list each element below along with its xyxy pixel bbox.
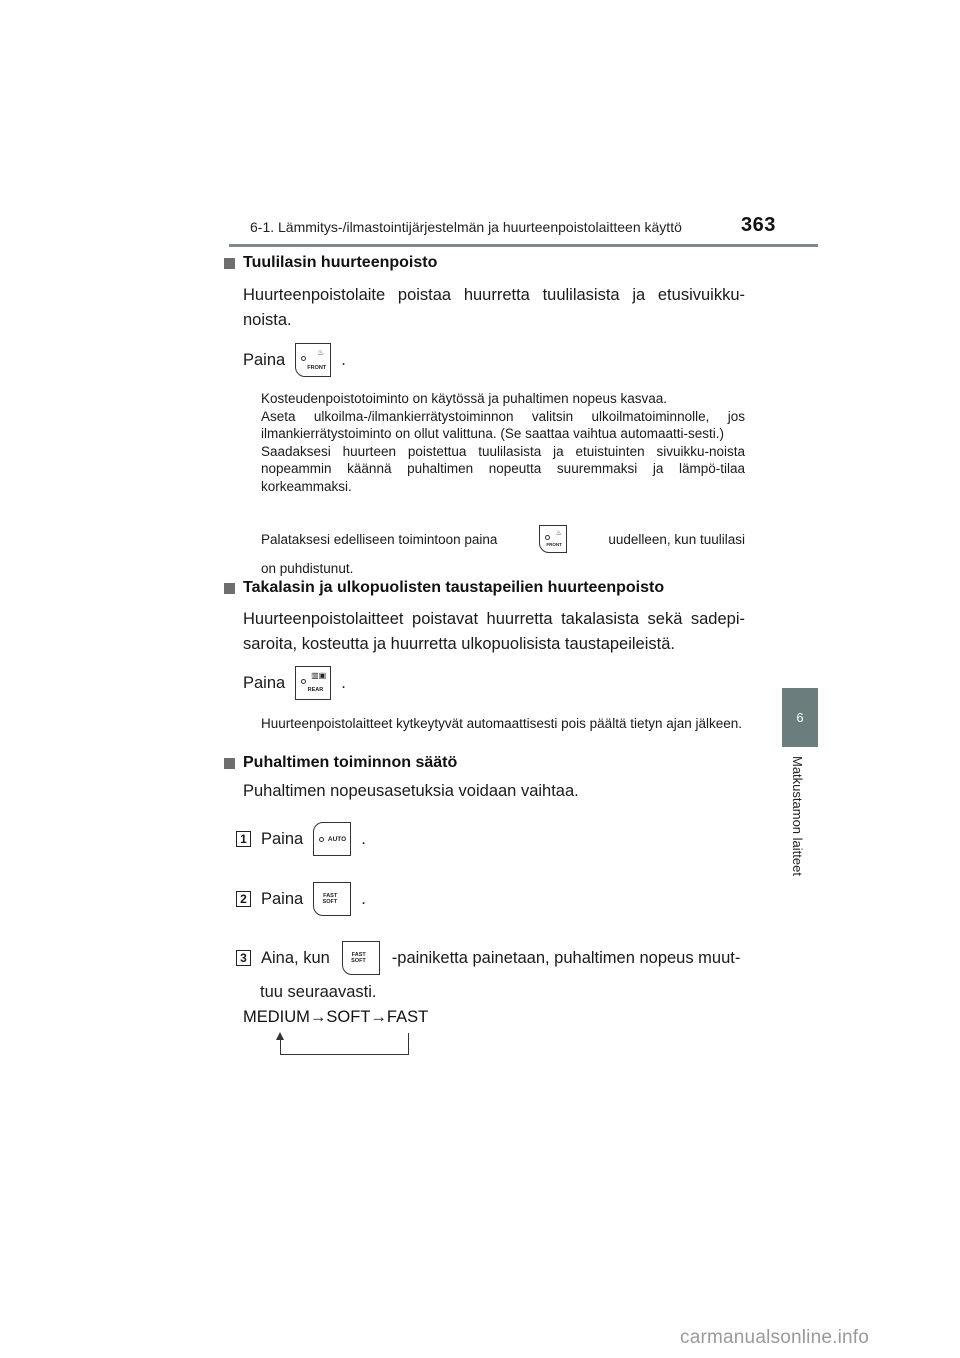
- page-number: 363: [741, 214, 776, 237]
- section-body: Puhaltimen nopeusasetuksia voidaan vaiht…: [243, 779, 745, 804]
- step-1: 1 Paina AUTO .: [236, 822, 366, 856]
- button-label: FRONT: [546, 542, 562, 548]
- step-number: 1: [236, 831, 251, 847]
- section-heading-rear-defrost: Takalasin ja ulkopuolisten taustapeilien…: [224, 579, 664, 597]
- press-suffix: .: [341, 351, 346, 370]
- square-bullet-icon: [224, 758, 235, 769]
- return-note-text: Palataksesi edelliseen toimintoon paina: [261, 532, 497, 547]
- section-body: Huurteenpoistolaite poistaa huurretta tu…: [243, 283, 745, 333]
- return-note-end: on puhdistunut.: [261, 560, 745, 578]
- press-label: Paina: [243, 674, 285, 693]
- step-text: Aina, kun: [261, 949, 330, 968]
- cycle-soft: SOFT: [326, 1008, 370, 1026]
- section-heading-text: Tuulilasin huurteenpoisto: [243, 254, 437, 272]
- watermark: carmanualsonline.info: [680, 1327, 869, 1349]
- header-divider: [229, 244, 818, 247]
- fast-soft-button-icon: FAST SOFT: [342, 941, 380, 975]
- step-text: Paina: [261, 830, 303, 849]
- button-label: AUTO: [328, 837, 346, 843]
- press-instruction: Paina ▥▣ REAR .: [243, 666, 346, 700]
- auto-button-icon: AUTO: [313, 822, 351, 856]
- step-3-continued: tuu seuraavasti.: [260, 980, 762, 1005]
- section-notes: Huurteenpoistolaitteet kytkeytyvät autom…: [261, 715, 745, 733]
- indicator-led-icon: [301, 679, 306, 684]
- rear-window-defrost-icon: ▥▣: [311, 672, 326, 680]
- indicator-led-icon: [301, 356, 306, 361]
- step-text: .: [361, 830, 366, 849]
- button-label: REAR: [308, 687, 324, 693]
- section-heading-text: Puhaltimen toiminnon säätö: [243, 754, 457, 772]
- section-body: Huurteenpoistolaitteet poistavat huurret…: [243, 607, 745, 657]
- step-text: -painiketta painetaan, puhaltimen nopeus…: [392, 949, 741, 968]
- square-bullet-icon: [224, 583, 235, 594]
- step-3: 3 Aina, kun FAST SOFT -painiketta painet…: [236, 941, 740, 975]
- press-suffix: .: [341, 674, 346, 693]
- cycle-medium: MEDIUM: [243, 1008, 310, 1026]
- indicator-led-icon: [545, 535, 550, 540]
- section-heading-text: Takalasin ja ulkopuolisten taustapeilien…: [243, 579, 664, 597]
- fast-soft-button-icon: FAST SOFT: [313, 882, 351, 916]
- front-defrost-button-icon: ♨ FRONT: [295, 343, 331, 377]
- step-text: Paina: [261, 890, 303, 909]
- button-label-bottom: SOFT: [351, 958, 366, 964]
- step-number: 2: [236, 891, 251, 907]
- windshield-defrost-icon: ♨: [317, 349, 324, 357]
- press-label: Paina: [243, 351, 285, 370]
- chapter-tab-label: Matkustamon laitteet: [790, 756, 805, 876]
- arrow-right-icon: →: [310, 1008, 327, 1026]
- cycle-fast: FAST: [387, 1008, 428, 1026]
- chapter-header-title: 6-1. Lämmitys-/ilmastointijärjestelmän j…: [250, 219, 682, 235]
- button-label: FRONT: [307, 365, 326, 371]
- press-instruction: Paina ♨ FRONT .: [243, 343, 346, 377]
- fan-speed-cycle: MEDIUM→SOFT→FAST: [243, 1008, 428, 1027]
- button-label-bottom: SOFT: [323, 899, 338, 905]
- section-heading-fan-control: Puhaltimen toiminnon säätö: [224, 754, 457, 772]
- step-number: 3: [236, 950, 251, 966]
- step-text: .: [361, 890, 366, 909]
- chapter-tab: 6: [782, 688, 818, 747]
- step-2: 2 Paina FAST SOFT .: [236, 882, 366, 916]
- rear-defrost-button-icon: ▥▣ REAR: [295, 666, 331, 700]
- front-defrost-button-icon: ♨ FRONT: [539, 525, 567, 553]
- arrow-right-icon: →: [370, 1008, 387, 1026]
- square-bullet-icon: [224, 258, 235, 269]
- windshield-defrost-icon: ♨: [556, 530, 562, 538]
- section-heading-windshield-defrost: Tuulilasin huurteenpoisto: [224, 254, 437, 272]
- return-note-text: uudelleen, kun tuulilasi: [608, 532, 745, 547]
- return-note: Palataksesi edelliseen toimintoon paina …: [261, 525, 745, 553]
- chapter-tab-number: 6: [796, 710, 803, 725]
- indicator-led-icon: [319, 837, 324, 842]
- section-notes: Kosteudenpoistotoiminto on käytössä ja p…: [261, 390, 745, 495]
